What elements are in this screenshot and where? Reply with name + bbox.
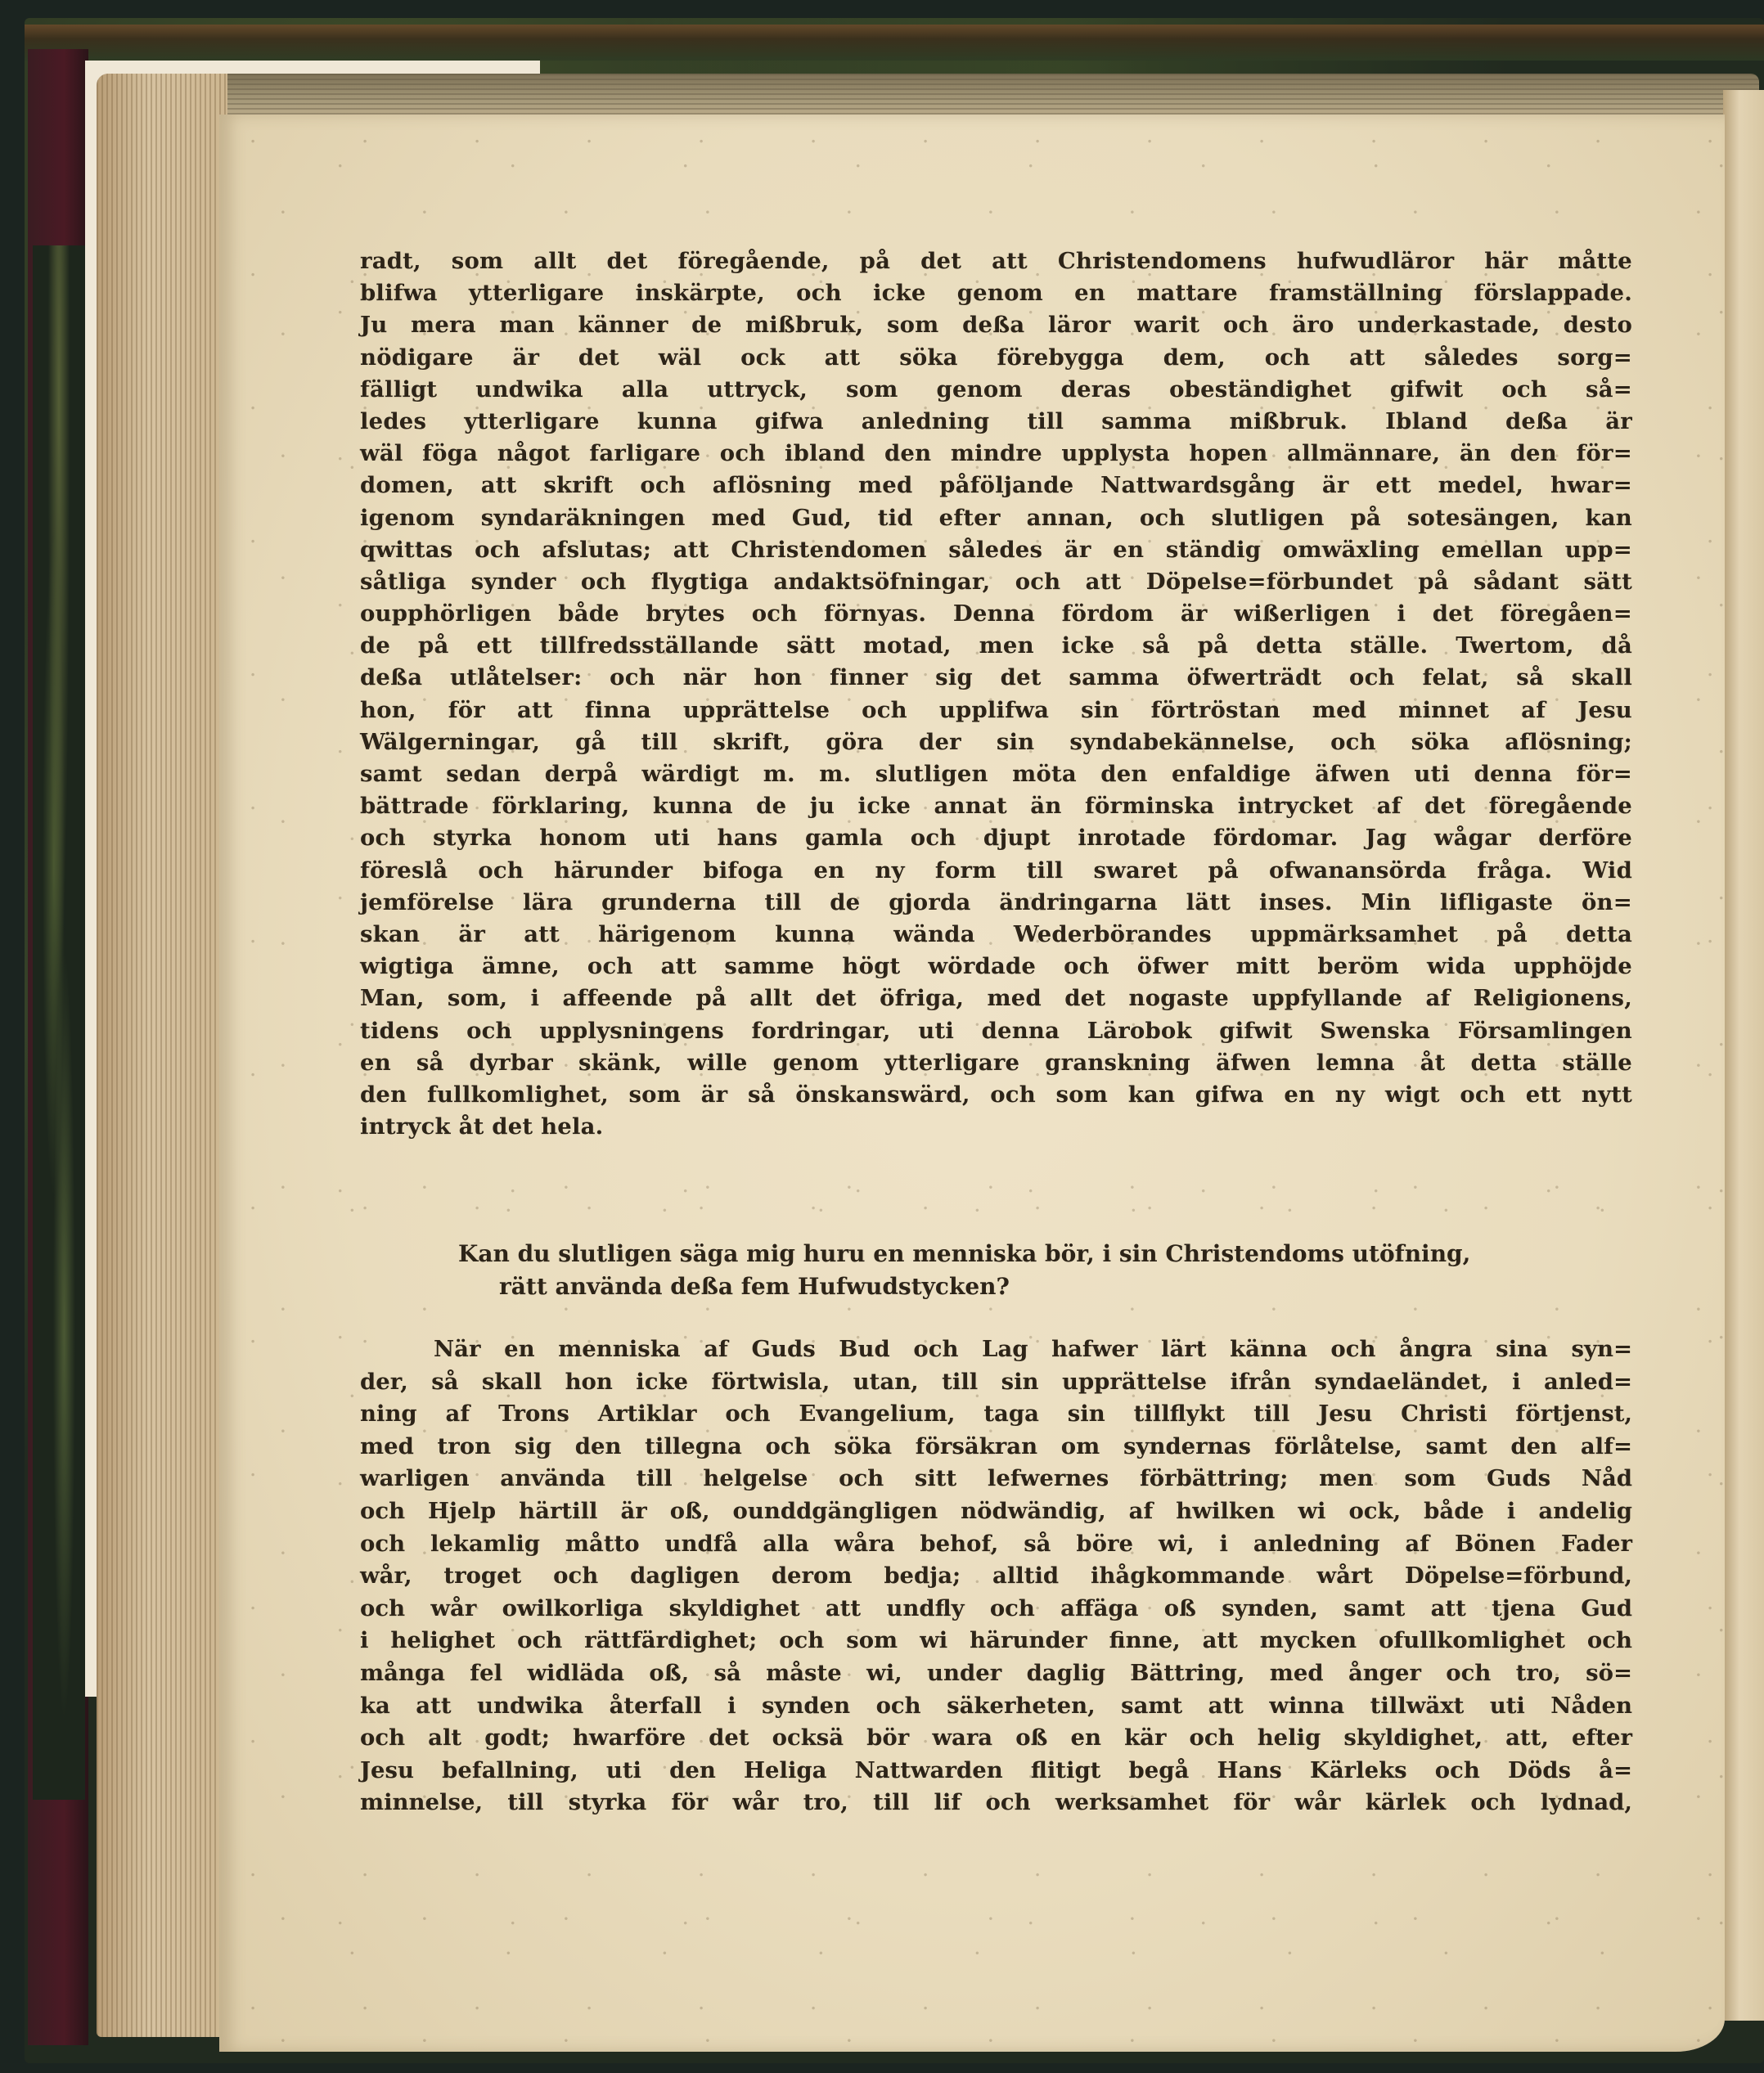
text-line: wår, troget och dagligen derom bedja; al… xyxy=(360,1560,1632,1593)
text-line: igenom syndaräkningen med Gud, tid efter… xyxy=(360,502,1632,534)
text-line: och styrka honom uti hans gamla och djup… xyxy=(360,822,1632,854)
question-line: Kan du slutligen säga mig huru en mennis… xyxy=(458,1238,1636,1270)
text-line: radt, som allt det föregående, på det at… xyxy=(360,245,1632,277)
text-line: deßa utlåtelser: och när hon finner sig … xyxy=(360,662,1632,694)
text-line: samt sedan derpå wärdigt m. m. slutligen… xyxy=(360,758,1632,790)
text-line: ledes ytterligare kunna gifwa anledning … xyxy=(360,406,1632,438)
page-stack-left-edge xyxy=(97,74,227,2037)
text-line: skan är att härigenom kunna wända Wederb… xyxy=(360,919,1632,951)
answer-paragraph: När en menniska af Guds Bud och Lag hafw… xyxy=(360,1333,1632,1819)
text-line: fälligt undwika alla uttryck, som genom … xyxy=(360,374,1632,406)
text-line: der, så skall hon icke förtwisla, utan, … xyxy=(360,1366,1632,1399)
text-line: ka att undwika återfall i synden och säk… xyxy=(360,1690,1632,1723)
text-line: Jesu befallning, uti den Heliga Nattward… xyxy=(360,1755,1632,1787)
text-line: nödigare är det wäl ock att söka förebyg… xyxy=(360,342,1632,374)
text-line: minnelse, till styrka för wår tro, till … xyxy=(360,1787,1632,1819)
text-line: såtliga synder och flygtiga andaktsöfnin… xyxy=(360,566,1632,598)
text-line: och wår owilkorliga skyldighet att undfl… xyxy=(360,1593,1632,1626)
book-cover-left-marbling xyxy=(33,245,85,1800)
text-line: bättrade förklaring, kunna de ju icke an… xyxy=(360,790,1632,822)
book-scan: radt, som allt det föregående, på det at… xyxy=(0,0,1764,2073)
text-line: qwittas och afslutas; att Christendomen … xyxy=(360,534,1632,566)
question-line: rätt använda deßa fem Hufwudstycken? xyxy=(458,1270,1636,1303)
text-line: föreslå och härunder bifoga en ny form t… xyxy=(360,855,1632,887)
text-line: ning af Trons Artiklar och Evangelium, t… xyxy=(360,1398,1632,1431)
question-heading: Kan du slutligen säga mig huru en mennis… xyxy=(458,1238,1636,1303)
book-cover-top-edge xyxy=(25,25,1764,61)
text-line: och alt godt; hwarföre det ocksä bör war… xyxy=(360,1722,1632,1755)
text-line: de på ett tillfredsställande sätt motad,… xyxy=(360,630,1632,662)
text-line: När en menniska af Guds Bud och Lag hafw… xyxy=(360,1333,1632,1366)
text-line: Wälgerningar, gå till skrift, göra der s… xyxy=(360,726,1632,758)
text-line: hon, för att finna upprättelse och uppli… xyxy=(360,695,1632,726)
text-line: wäl föga något farligare och ibland den … xyxy=(360,438,1632,470)
text-line: intryck åt det hela. xyxy=(360,1111,1632,1143)
text-line: blifwa ytterligare inskärpte, och icke g… xyxy=(360,277,1632,309)
text-line: Ju mera man känner de mißbruk, som deßa … xyxy=(360,309,1632,341)
text-line: jemförelse lära grunderna till de gjorda… xyxy=(360,887,1632,919)
page-right-edge xyxy=(1723,90,1764,2021)
text-line: tidens och upplysningens fordringar, uti… xyxy=(360,1015,1632,1047)
text-line: och Hjelp härtill är oß, ounddgängligen … xyxy=(360,1495,1632,1528)
text-line: Man, som, i affeende på allt det öfriga,… xyxy=(360,983,1632,1014)
text-line: en så dyrbar skänk, wille genom ytterlig… xyxy=(360,1047,1632,1079)
text-line: domen, att skrift och aflösning med påfö… xyxy=(360,470,1632,501)
text-line: med tron sig den tillegna och söka försä… xyxy=(360,1431,1632,1464)
text-line: många fel widläda oß, så måste wi, under… xyxy=(360,1657,1632,1690)
body-paragraph: radt, som allt det föregående, på det at… xyxy=(360,245,1632,1143)
text-line: oupphörligen både brytes och förnyas. De… xyxy=(360,598,1632,630)
text-line: och lekamlig måtto undfå alla wåra behof… xyxy=(360,1528,1632,1561)
text-line: wigtiga ämne, och att samme högt wördade… xyxy=(360,951,1632,983)
text-line: den fullkomlighet, som är så önskanswärd… xyxy=(360,1079,1632,1111)
text-line: i helighet och rättfärdighet; och som wi… xyxy=(360,1625,1632,1657)
text-line: warligen använda till helgelse och sitt … xyxy=(360,1463,1632,1495)
